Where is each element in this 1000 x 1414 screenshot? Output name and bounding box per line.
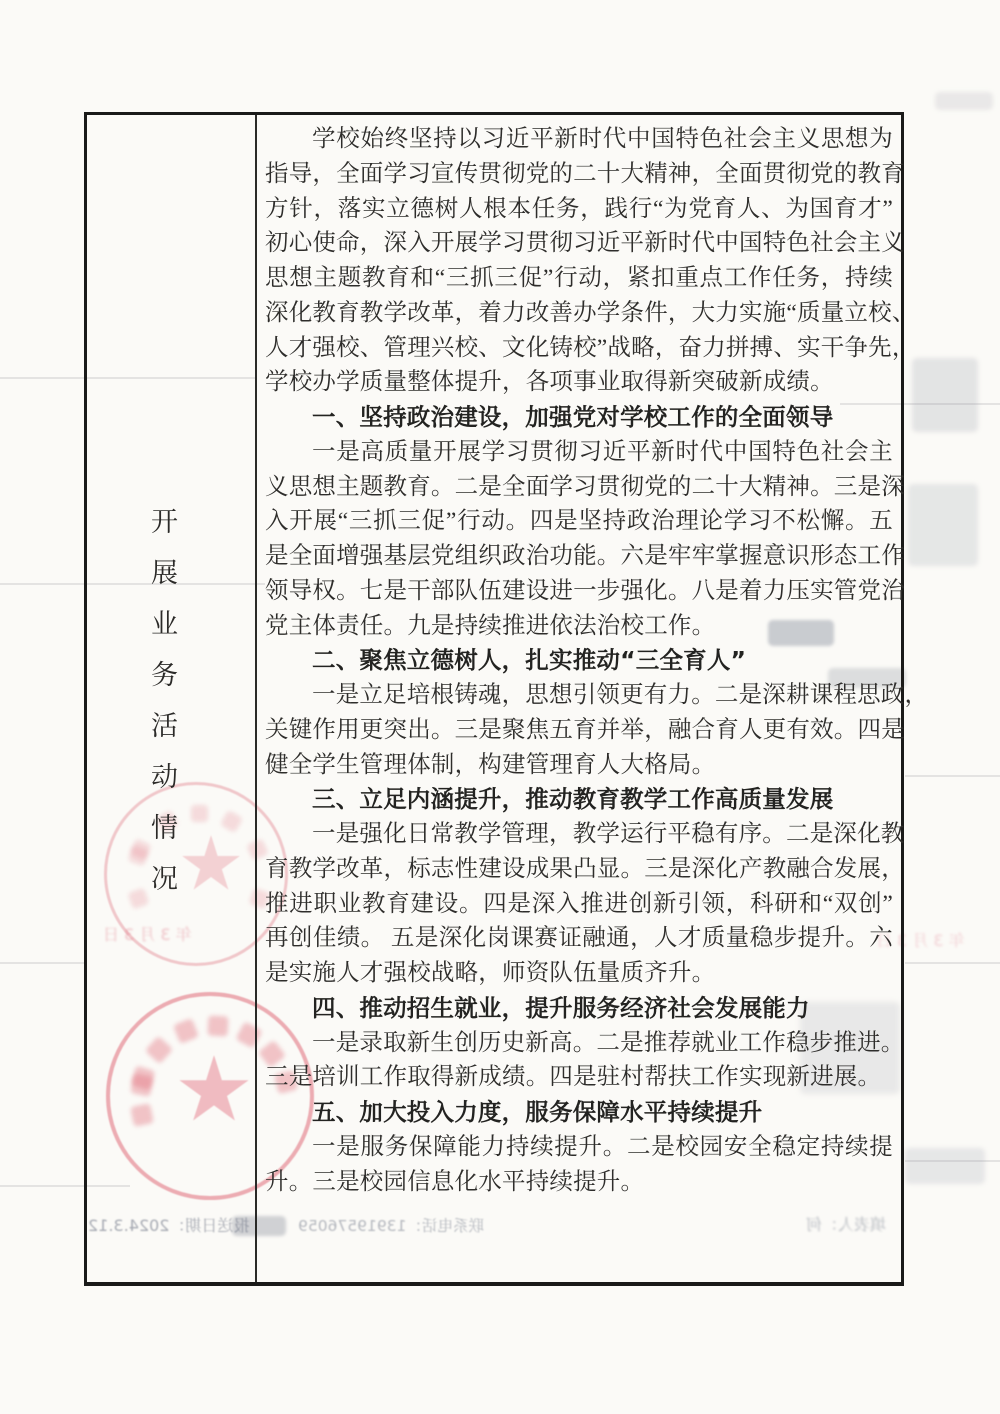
activity-report-content: 学校始终坚持以习近平新时代中国特色社会主义思想为指导，全面学习宣传贯彻党的二十大…	[265, 122, 893, 1199]
text-line: 三是培训工作取得新成绩。四是驻村帮扶工作实现新进展。	[265, 1060, 893, 1095]
scanned-document-page: 报送日期：2024.3.12联系电话：13919576059填表人：何年 3 月…	[0, 0, 1000, 1414]
text-line: 关键作用更突出。三是聚焦五育并举，融合育人更有效。四是	[265, 713, 893, 748]
form-table: 开展业务活动情况 学校始终坚持以习近平新时代中国特色社会主义思想为指导，全面学习…	[84, 112, 904, 1286]
bleedthrough-smudge	[905, 1148, 985, 1184]
bleedthrough-smudge	[935, 92, 993, 110]
text-line: 再创佳绩。 五是深化岗课赛证融通，人才质量稳步提升。六	[265, 921, 893, 956]
section-heading: 三、立足内涵提升，推动教育教学工作高质量发展	[265, 782, 893, 817]
bleedthrough-gridline	[905, 775, 1000, 777]
text-line: 深化教育教学改革，着力改善办学条件，大力实施“质量立校、	[265, 296, 893, 331]
text-line: 一是高质量开展学习贯彻习近平新时代中国特色社会主	[265, 435, 893, 470]
bleedthrough-smudge	[908, 484, 978, 566]
bleedthrough-gridline	[905, 962, 1000, 964]
text-line: 健全学生管理体制，构建管理育人大格局。	[265, 748, 893, 783]
text-line: 一是强化日常教学管理，教学运行平稳有序。二是深化教	[265, 817, 893, 852]
text-line: 指导，全面学习宣传贯彻党的二十大精神，全面贯彻党的教育	[265, 157, 893, 192]
text-line: 一是录取新生创历史新高。二是推荐就业工作稳步推进。	[265, 1026, 893, 1061]
text-line: 推进职业教育建设。四是深入推进创新引领，科研和“双创”	[265, 887, 893, 922]
section-heading: 一、坚持政治建设，加强党对学校工作的全面领导	[265, 400, 893, 435]
text-line: 是实施人才强校战略，师资队伍量质齐升。	[265, 956, 893, 991]
bleedthrough-smudge	[912, 358, 978, 432]
section-heading: 二、聚焦立德树人，扎实推动“三全育人”	[265, 643, 893, 678]
text-line: 育教学改革，标志性建设成果凸显。三是深化产教融合发展，	[265, 852, 893, 887]
text-line: 升。三是校园信息化水平持续提升。	[265, 1165, 893, 1200]
text-line: 方针，落实立德树人根本任务，践行“为党育人、为国育才”	[265, 192, 893, 227]
text-line: 入开展“三抓三促”行动。四是坚持政治理论学习不松懈。五	[265, 504, 893, 539]
text-line: 人才强校、管理兴校、文化铸校”战略，奋力拼搏、实干争先，	[265, 331, 893, 366]
section-heading: 五、加大投入力度，服务保障水平持续提升	[265, 1095, 893, 1130]
text-line: 义思想主题教育。二是全面学习贯彻党的二十大精神。三是深	[265, 470, 893, 505]
cell-divider	[255, 115, 257, 1282]
text-line: 是全面增强基层党组织政治功能。六是牢牢掌握意识形态工作	[265, 539, 893, 574]
text-line: 学校办学质量整体提升，各项事业取得新突破新成绩。	[265, 365, 893, 400]
row-label: 开展业务活动情况	[143, 507, 182, 915]
text-line: 领导权。七是干部队伍建设进一步强化。八是着力压实管党治	[265, 574, 893, 609]
section-heading: 四、推动招生就业，提升服务经济社会发展能力	[265, 991, 893, 1026]
text-line: 学校始终坚持以习近平新时代中国特色社会主义思想为	[265, 122, 893, 157]
text-line: 初心使命，深入开展学习贯彻习近平新时代中国特色社会主义	[265, 226, 893, 261]
text-line: 党主体责任。九是持续推进依法治校工作。	[265, 609, 893, 644]
text-line: 思想主题教育和“三抓三促”行动，紧扣重点工作任务，持续	[265, 261, 893, 296]
text-line: 一是立足培根铸魂，思想引领更有力。二是深耕课程思政，	[265, 678, 893, 713]
text-line: 一是服务保障能力持续提升。二是校园安全稳定持续提	[265, 1130, 893, 1165]
bleedthrough-gridline	[0, 962, 84, 964]
